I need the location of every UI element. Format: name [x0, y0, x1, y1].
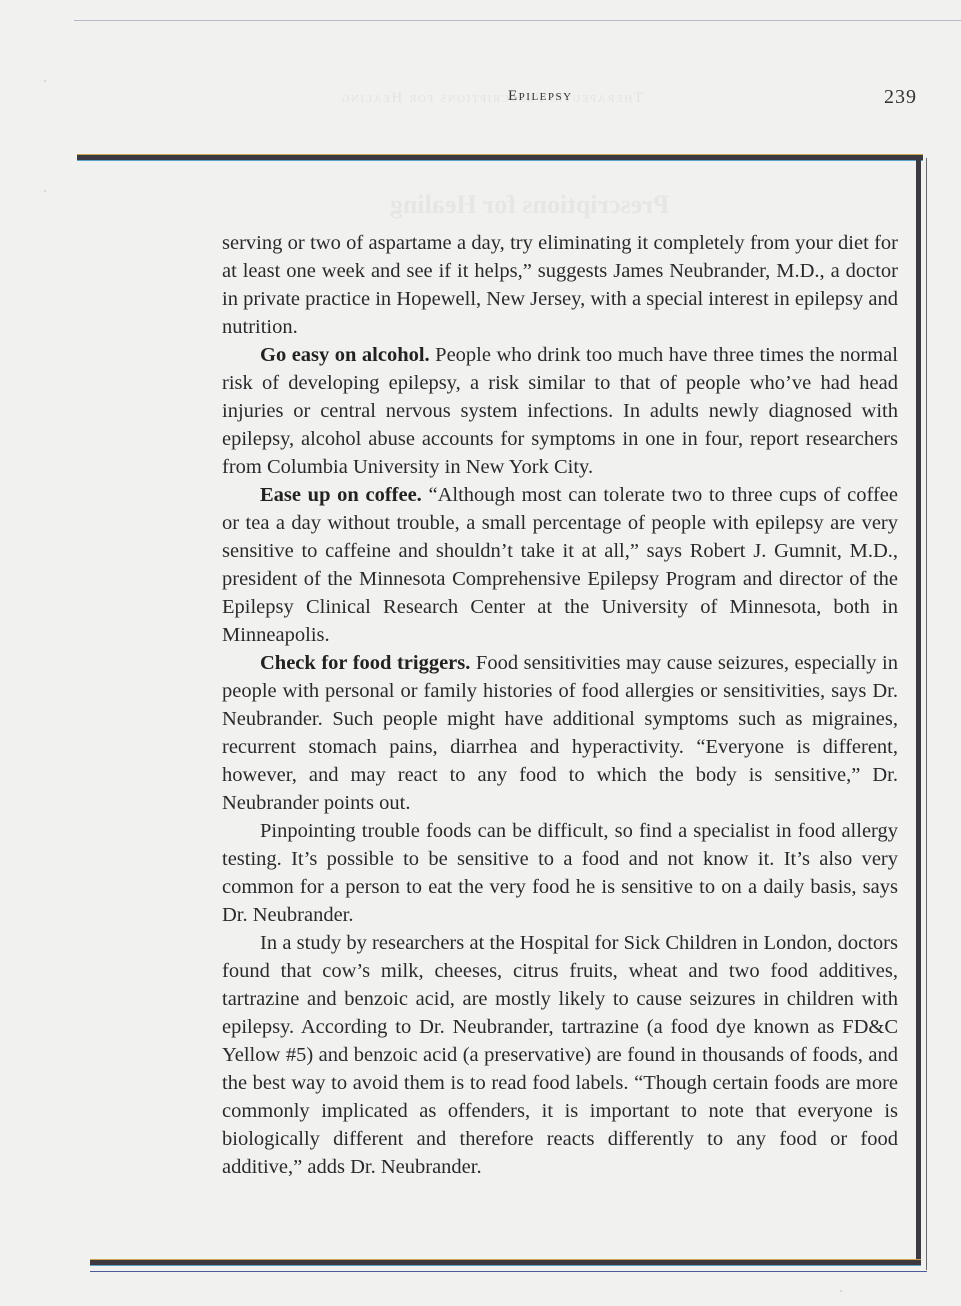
page-top-edge-rule [74, 20, 961, 21]
frame-bottom-rule [90, 1259, 921, 1266]
frame-right-rule [916, 160, 921, 1266]
frame-top-rule [77, 154, 923, 161]
frame-right-hairline [926, 158, 927, 1270]
run-in-heading: Check for food triggers. [260, 652, 470, 674]
paragraph-study: In a study by researchers at the Hospita… [222, 929, 898, 1181]
paragraph-text: In a study by researchers at the Hospita… [222, 932, 898, 1178]
run-in-heading: Ease up on coffee. [260, 484, 422, 506]
running-title: Epilepsy [508, 88, 573, 105]
paragraph-coffee: Ease up on coffee. “Although most can to… [222, 481, 898, 649]
paragraph-text: “Although most can tolerate two to three… [222, 484, 898, 646]
body-text: serving or two of aspartame a day, try e… [222, 229, 898, 1181]
paragraph-continued: serving or two of aspartame a day, try e… [222, 229, 898, 341]
frame-bottom-hairline [90, 1271, 927, 1272]
running-head: Epilepsy 239 [0, 88, 961, 112]
scan-speck [44, 190, 46, 192]
paragraph-pinpointing: Pinpointing trouble foods can be difficu… [222, 817, 898, 929]
scan-speck [44, 80, 46, 82]
paragraph-food-triggers: Check for food triggers. Food sensitivit… [222, 649, 898, 817]
paragraph-text: Food sensitivities may cause seizures, e… [222, 652, 898, 814]
paragraph-alcohol: Go easy on alcohol. People who drink too… [222, 341, 898, 481]
paragraph-text: serving or two of aspartame a day, try e… [222, 232, 898, 338]
scan-speck [840, 1290, 842, 1292]
run-in-heading: Go easy on alcohol. [260, 344, 430, 366]
page-number: 239 [884, 86, 917, 109]
paragraph-text: Pinpointing trouble foods can be difficu… [222, 820, 898, 926]
